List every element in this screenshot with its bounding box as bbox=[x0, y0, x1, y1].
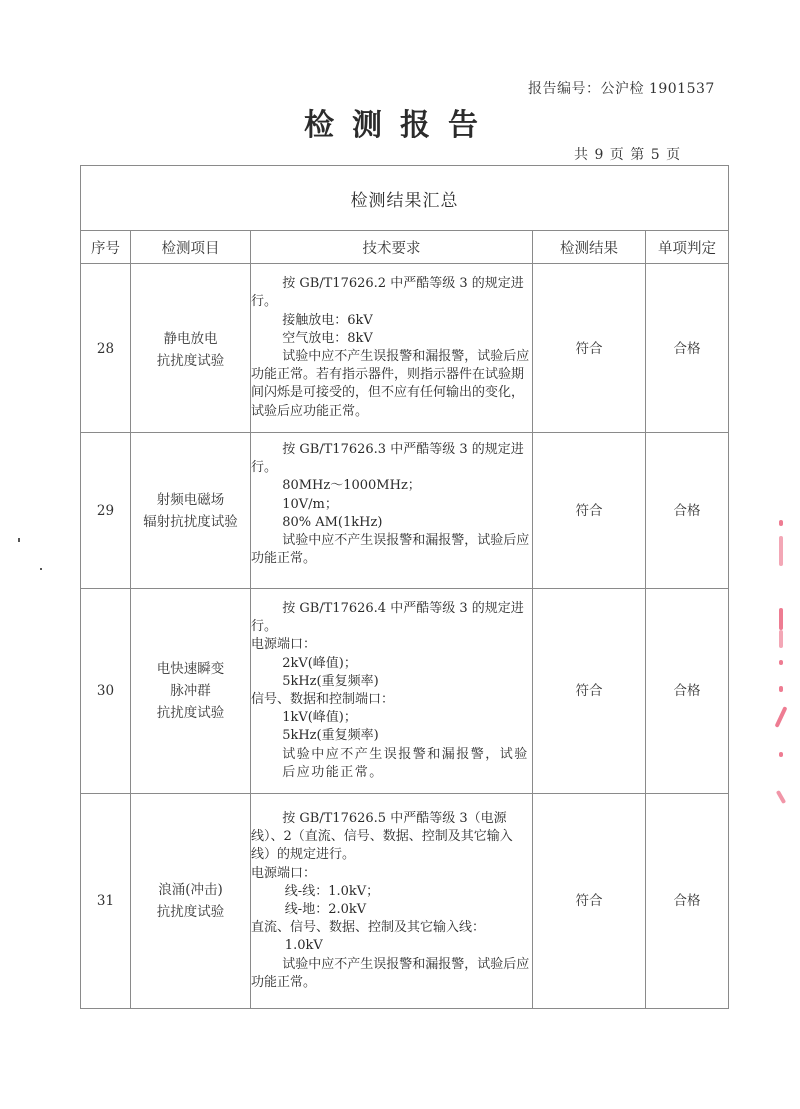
row-item-line: 射频电磁场 bbox=[131, 489, 250, 511]
row-index: 28 bbox=[81, 264, 131, 433]
requirement-line: 按 GB/T17626.5 中严酷等级 3（电源线）、2（直流、信号、数据、控制… bbox=[251, 810, 532, 865]
row-item-line: 抗扰度试验 bbox=[131, 702, 250, 724]
requirement-line: 试验中应不产生误报警和漏报警，试验后应功能正常。 bbox=[251, 532, 532, 568]
requirement-line: 试验中应不产生误报警和漏报警，试验后应功能正常。 bbox=[251, 956, 532, 992]
column-header-judgement: 单项判定 bbox=[646, 231, 729, 264]
row-index: 29 bbox=[81, 433, 131, 589]
requirement-line: 5kHz(重复频率) bbox=[251, 673, 532, 691]
requirement-line: 5kHz(重复频率) bbox=[251, 727, 532, 745]
row-item-line: 静电放电 bbox=[131, 328, 250, 350]
summary-title-row: 检测结果汇总 bbox=[81, 166, 729, 231]
requirement-line: 80% AM(1kHz) bbox=[251, 514, 532, 532]
requirement-line: 按 GB/T17626.3 中严酷等级 3 的规定进行。 bbox=[251, 441, 532, 477]
requirement-line: 电源端口： bbox=[251, 865, 532, 883]
row-requirements: 按 GB/T17626.5 中严酷等级 3（电源线）、2（直流、信号、数据、控制… bbox=[251, 794, 533, 1009]
row-item: 射频电磁场 辐射抗扰度试验 bbox=[131, 433, 251, 589]
report-number-label: 报告编号： bbox=[528, 81, 601, 97]
summary-title: 检测结果汇总 bbox=[81, 166, 729, 231]
row-judgement: 合格 bbox=[646, 589, 729, 794]
table-row: 29 射频电磁场 辐射抗扰度试验 按 GB/T17626.3 中严酷等级 3 的… bbox=[81, 433, 729, 589]
requirement-line: 直流、信号、数据、控制及其它输入线： bbox=[251, 919, 532, 937]
row-item-line: 辐射抗扰度试验 bbox=[131, 511, 250, 533]
column-header-row: 序号 检测项目 技术要求 检测结果 单项判定 bbox=[81, 231, 729, 264]
requirement-line: 接触放电：6kV bbox=[251, 312, 532, 330]
row-result: 符合 bbox=[533, 794, 646, 1009]
row-index: 31 bbox=[81, 794, 131, 1009]
table-row: 30 电快速瞬变 脉冲群 抗扰度试验 按 GB/T17626.4 中严酷等级 3… bbox=[81, 589, 729, 794]
column-header-item: 检测项目 bbox=[131, 231, 251, 264]
table-row: 28 静电放电 抗扰度试验 按 GB/T17626.2 中严酷等级 3 的规定进… bbox=[81, 264, 729, 433]
table-row: 31 浪涌(冲击) 抗扰度试验 按 GB/T17626.5 中严酷等级 3（电源… bbox=[81, 794, 729, 1009]
row-item: 电快速瞬变 脉冲群 抗扰度试验 bbox=[131, 589, 251, 794]
requirement-line: 10V/m； bbox=[251, 496, 532, 514]
row-requirements: 按 GB/T17626.2 中严酷等级 3 的规定进行。 接触放电：6kV 空气… bbox=[251, 264, 533, 433]
requirement-line: 1kV(峰值)； bbox=[251, 709, 532, 727]
row-result: 符合 bbox=[533, 433, 646, 589]
requirement-line: 按 GB/T17626.2 中严酷等级 3 的规定进行。 bbox=[251, 275, 532, 311]
row-requirements: 按 GB/T17626.3 中严酷等级 3 的规定进行。 80MHz～1000M… bbox=[251, 433, 533, 589]
row-item-line: 电快速瞬变 bbox=[131, 658, 250, 680]
report-number-value: 公沪检 1901537 bbox=[601, 81, 715, 97]
requirement-line: 2kV(峰值)； bbox=[251, 655, 532, 673]
column-header-index: 序号 bbox=[81, 231, 131, 264]
requirement-line: 线-线：1.0kV； bbox=[251, 883, 532, 901]
requirement-line: 信号、数据和控制端口： bbox=[251, 691, 532, 709]
requirement-line: 电源端口： bbox=[251, 636, 532, 654]
results-summary-table: 检测结果汇总 序号 检测项目 技术要求 检测结果 单项判定 28 静电放电 抗扰… bbox=[80, 165, 729, 1009]
requirement-line: 试验中应不产生误报警和漏报警，试验后应功能正常。若有指示器件，则指示器件在试验期… bbox=[251, 348, 532, 421]
requirement-line: 按 GB/T17626.4 中严酷等级 3 的规定进行。 bbox=[251, 600, 532, 636]
requirement-line: 1.0kV bbox=[251, 937, 532, 955]
row-item-line: 脉冲群 bbox=[131, 680, 250, 702]
column-header-requirements: 技术要求 bbox=[251, 231, 533, 264]
row-requirements: 按 GB/T17626.4 中严酷等级 3 的规定进行。 电源端口： 2kV(峰… bbox=[251, 589, 533, 794]
row-item: 静电放电 抗扰度试验 bbox=[131, 264, 251, 433]
row-judgement: 合格 bbox=[646, 264, 729, 433]
scan-speck bbox=[18, 538, 20, 542]
scan-speck bbox=[40, 568, 42, 570]
row-item-line: 抗扰度试验 bbox=[131, 901, 250, 923]
requirement-line: 线-地：2.0kV bbox=[251, 901, 532, 919]
row-item-line: 抗扰度试验 bbox=[131, 350, 250, 372]
requirement-line: 试验中应不产生误报警和漏报警，试验后应功能正常。 bbox=[251, 746, 532, 782]
requirement-line: 空气放电：8kV bbox=[251, 330, 532, 348]
document-title: 检测报告 bbox=[0, 100, 800, 144]
row-judgement: 合格 bbox=[646, 433, 729, 589]
row-index: 30 bbox=[81, 589, 131, 794]
requirement-line: 80MHz～1000MHz； bbox=[251, 477, 532, 495]
row-item-line: 浪涌(冲击) bbox=[131, 879, 250, 901]
row-result: 符合 bbox=[533, 264, 646, 433]
report-number: 报告编号：公沪检 1901537 bbox=[528, 78, 715, 98]
page-info: 共 9 页 第 5 页 bbox=[574, 144, 680, 164]
row-judgement: 合格 bbox=[646, 794, 729, 1009]
seal-stamp-edge bbox=[776, 500, 790, 820]
row-result: 符合 bbox=[533, 589, 646, 794]
row-item: 浪涌(冲击) 抗扰度试验 bbox=[131, 794, 251, 1009]
column-header-result: 检测结果 bbox=[533, 231, 646, 264]
